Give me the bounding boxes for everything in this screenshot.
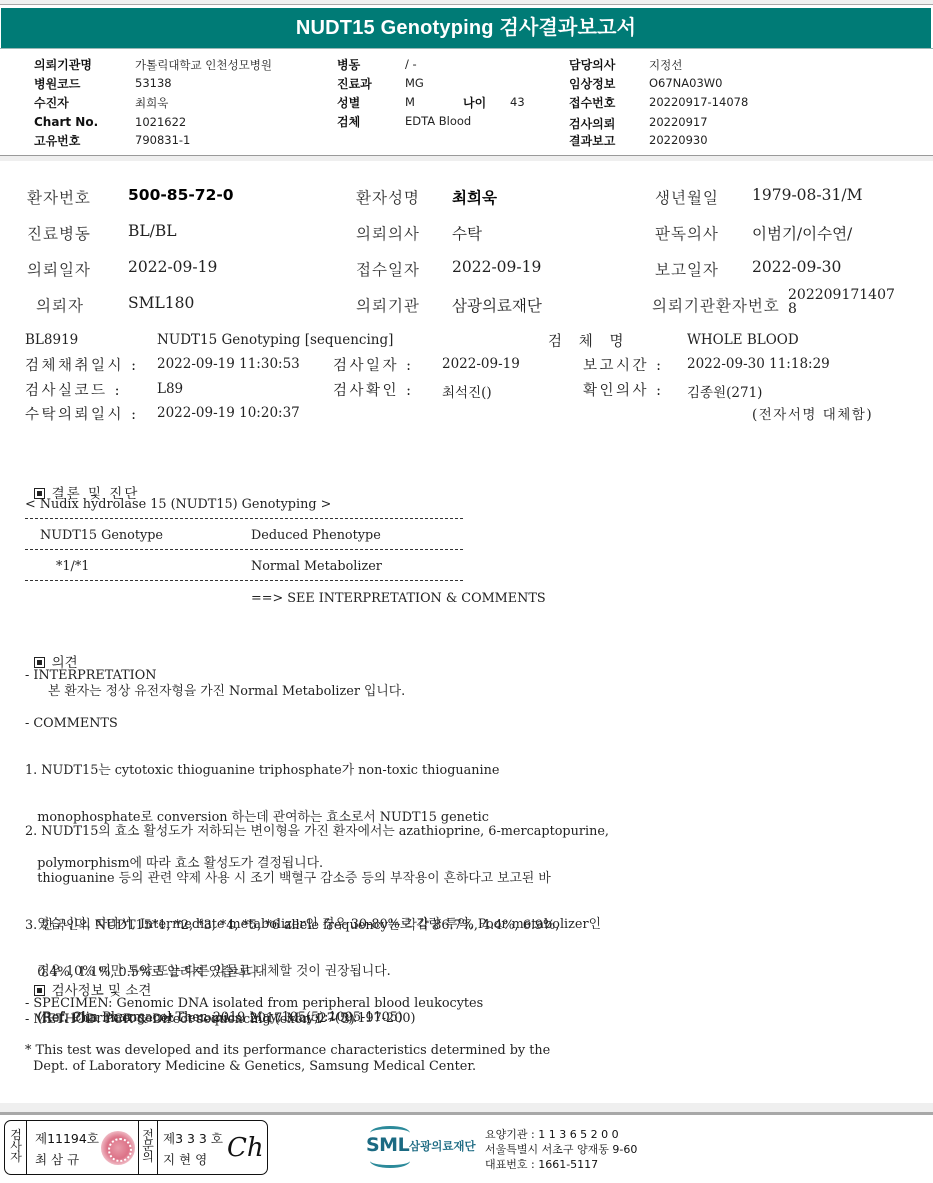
label-sex: 성별	[337, 94, 360, 111]
examiner-no: 제11194호	[35, 1129, 99, 1147]
label-ward-main: 진료병동	[27, 222, 91, 244]
label-result-report: 결과보고	[569, 132, 615, 149]
value-ward: / -	[405, 57, 417, 71]
label-accession-no: 접수번호	[569, 94, 615, 111]
examiner-name: 최 삼 규	[35, 1150, 79, 1168]
comment-2-line-1: 2. NUDT15의 효소 활성도가 저하되는 변이형을 가진 환자에서는 az…	[25, 824, 609, 840]
table-rule-bottom	[25, 580, 463, 581]
header-separator	[0, 155, 933, 161]
signature-box: 검사자 제11194호 최 삼 규 전문의 제3 3 3 호 지 현 영 Ch	[4, 1120, 268, 1175]
label-examinee: 수진자	[34, 94, 69, 111]
value-age: 43	[510, 95, 525, 109]
testinfo-note-1: * This test was developed and its perfor…	[25, 1043, 550, 1059]
label-chart-no: Chart No.	[34, 115, 98, 129]
title-edge	[0, 48, 933, 49]
label-consign-time: 수탁의뢰일시 :	[25, 403, 139, 424]
square-bullet-icon	[34, 657, 45, 668]
label-lab-code: 검사실코드 :	[25, 379, 122, 400]
esign-note: (전자서명 대체함)	[752, 403, 873, 423]
value-test-request: 20220917	[649, 115, 708, 129]
label-collect-time: 검체채취일시 :	[25, 354, 139, 375]
label-ward: 병동	[337, 56, 360, 73]
report-title: NUDT15 Genotyping 검사결과보고서	[1, 8, 931, 48]
value-accession-no: 20220917-14078	[649, 95, 748, 109]
test-name: NUDT15 Genotyping [sequencing]	[157, 332, 393, 348]
label-inst-patient-no: 의뢰기관환자번호	[652, 294, 780, 316]
value-clinical-info: O67NA03W0	[649, 76, 722, 90]
value-institution-main: 삼광의료재단	[452, 294, 542, 316]
top-border	[0, 0, 933, 5]
label-specimen-name: 검 체 명	[548, 330, 626, 351]
footer-separator	[0, 1103, 933, 1115]
label-report-date: 보고일자	[655, 258, 719, 280]
logo-org-name: 삼광의료재단	[409, 1138, 476, 1154]
test-code: BL8919	[25, 332, 78, 348]
label-confirm-doctor: 확인의사 :	[583, 379, 664, 400]
testinfo-specimen: - SPECIMEN: Genomic DNA isolated from pe…	[25, 996, 483, 1012]
value-confirm-doctor: 김종원(271)	[687, 381, 762, 401]
conclusion-subtitle: < Nudix hydrolase 15 (NUDT15) Genotyping…	[25, 497, 331, 513]
value-specimen: EDTA Blood	[405, 114, 471, 128]
section-testinfo: 검사정보 및 소견	[25, 963, 151, 999]
comments-title: - COMMENTS	[25, 716, 118, 732]
value-chart-no: 1021622	[135, 115, 186, 129]
label-req-date: 의뢰일자	[27, 258, 91, 280]
label-test-request: 검사의뢰	[569, 115, 615, 132]
org-phone: 대표번호 : 1661-5117	[485, 1156, 598, 1172]
value-hospital-code: 53138	[135, 76, 172, 90]
value-lab-code: L89	[157, 381, 183, 397]
label-patient-no: 환자번호	[27, 186, 91, 208]
value-result-report: 20220930	[649, 133, 708, 147]
label-attending-doctor: 담당의사	[569, 56, 615, 73]
value-unique-no: 790831-1	[135, 133, 190, 147]
value-patient-no: 500-85-72-0	[128, 186, 234, 204]
label-req-doctor: 의뢰의사	[356, 222, 420, 244]
table-rule-mid	[25, 549, 463, 550]
label-specimen: 검체	[337, 113, 360, 130]
label-requester: 의뢰자	[36, 294, 84, 316]
see-note: ==> SEE INTERPRETATION & COMMENTS	[251, 591, 546, 607]
label-patient-name: 환자성명	[356, 186, 420, 208]
signature-icon: Ch	[227, 1133, 264, 1163]
specialist-no: 제3 3 3 호	[163, 1129, 223, 1147]
value-department: MG	[405, 76, 424, 90]
value-institution: 가톨릭대학교 인천성모병원	[135, 57, 272, 73]
testinfo-note-2: Dept. of Laboratory Medicine & Genetics,…	[25, 1059, 476, 1075]
label-report-time: 보고시간 :	[583, 354, 664, 375]
sml-logo: SML 삼광의료재단	[364, 1124, 484, 1170]
label-confirm: 검사확인 :	[333, 379, 414, 400]
comment-1-line-1: 1. NUDT15는 cytotoxic thioguanine triphos…	[25, 763, 499, 779]
label-birth: 생년월일	[655, 186, 719, 208]
value-examinee: 최희욱	[135, 95, 168, 111]
value-read-doctor: 이범기/이수연/	[752, 222, 852, 244]
testinfo-method: - METHOD: PCR & Direct sequencing (exon …	[25, 1012, 355, 1028]
value-consign-time: 2022-09-19 10:20:37	[157, 405, 300, 421]
label-recv-date: 접수일자	[356, 258, 420, 280]
col-header-genotype: NUDT15 Genotype	[40, 528, 163, 544]
col-header-phenotype: Deduced Phenotype	[251, 528, 381, 544]
value-inst-patient-no-line2: 8	[788, 303, 797, 316]
value-report-date: 2022-09-30	[752, 258, 841, 276]
label-institution-main: 의뢰기관	[356, 294, 420, 316]
value-recv-date: 2022-09-19	[452, 258, 541, 276]
org-address: 서울특별시 서초구 양재동 9-60	[485, 1141, 637, 1157]
examiner-label: 검사자	[9, 1130, 23, 1163]
logo-sml-text: SML	[366, 1134, 409, 1156]
interpretation-title: - INTERPRETATION	[25, 668, 156, 684]
label-age: 나이	[463, 94, 486, 111]
label-unique-no: 고유번호	[34, 132, 80, 149]
value-birth: 1979-08-31/M	[752, 186, 862, 204]
logo-arc-bottom	[370, 1154, 410, 1168]
section-opinion: 의견	[25, 635, 78, 671]
comment-3-line-1: 3. 한국인의 NUDT15*1, *2, *3, *4, *5, *6 all…	[25, 918, 559, 934]
square-bullet-icon	[34, 985, 45, 996]
label-hospital-code: 병원코드	[34, 75, 80, 92]
seal-stamp-icon	[101, 1131, 135, 1165]
table-rule-top	[25, 518, 463, 519]
specialist-name: 지 현 영	[163, 1150, 207, 1168]
value-sex: M	[405, 95, 415, 109]
value-patient-name: 최희욱	[452, 186, 497, 208]
cell-phenotype: Normal Metabolizer	[251, 559, 382, 575]
value-ward-main: BL/BL	[128, 222, 177, 240]
specialist-label: 전문의	[141, 1130, 155, 1163]
interpretation-text: 본 환자는 정상 유전자형을 가진 Normal Metabolizer 입니다…	[48, 684, 405, 700]
value-collect-time: 2022-09-19 11:30:53	[157, 356, 300, 372]
label-read-doctor: 판독의사	[655, 222, 719, 244]
comment-2-line-2: thioguanine 등의 관련 약제 사용 시 조기 백혈구 감소증 등의 …	[25, 871, 609, 887]
label-clinical-info: 임상정보	[569, 75, 615, 92]
value-inst-patient-no-line1: 202209171407	[788, 289, 895, 302]
label-test-date: 검사일자 :	[333, 354, 414, 375]
org-code: 요양기관 : 1 1 3 6 5 2 0 0	[485, 1126, 619, 1142]
value-attending-doctor: 지정선	[649, 57, 682, 73]
value-test-date: 2022-09-19	[442, 356, 520, 372]
value-report-time: 2022-09-30 11:18:29	[687, 356, 830, 372]
label-institution: 의뢰기관명	[34, 56, 92, 73]
cell-genotype: *1/*1	[56, 559, 89, 575]
label-department: 진료과	[337, 75, 372, 92]
value-specimen-name: WHOLE BLOOD	[687, 332, 799, 348]
value-confirm: 최석진()	[442, 381, 492, 401]
value-req-doctor: 수탁	[452, 222, 482, 244]
value-req-date: 2022-09-19	[128, 258, 217, 276]
value-requester: SML180	[128, 294, 194, 312]
